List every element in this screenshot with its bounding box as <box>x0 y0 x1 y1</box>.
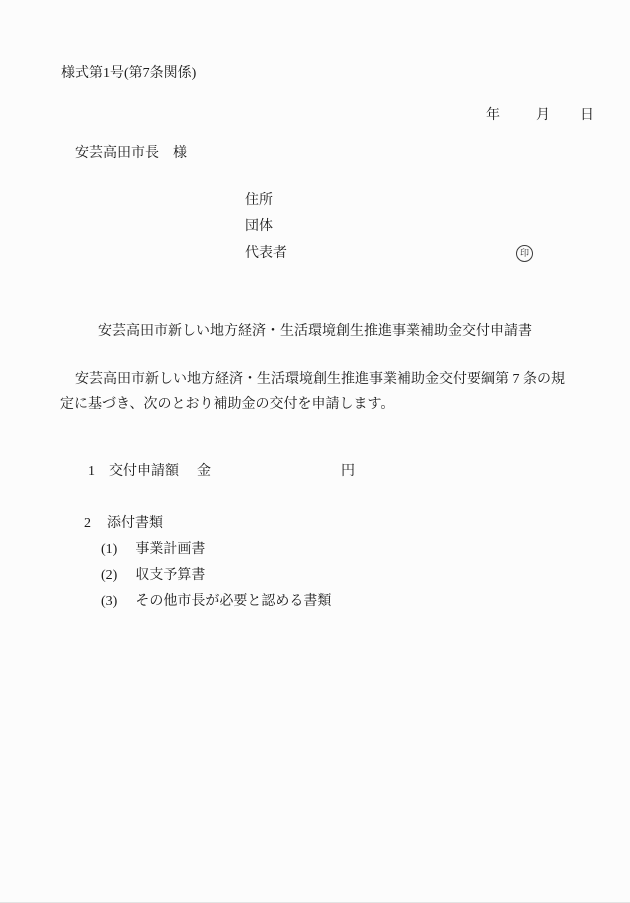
seal-mark-text: 印 <box>520 249 529 258</box>
applicant-representative-label: 代表者 <box>245 246 287 261</box>
currency-prefix: 金 <box>197 464 211 479</box>
attachment-item: (3)その他市長が必要と認める書類 <box>87 579 331 624</box>
form-number: 様式第1号(第7条関係) <box>61 66 196 81</box>
date-month-label: 月 <box>536 108 550 123</box>
date-year-label: 年 <box>486 108 500 123</box>
body-paragraph-line-2: 定に基づき、次のとおり補助金の交付を申請します。 <box>60 397 394 412</box>
document-title: 安芸高田市新しい地方経済・生活環境創生推進事業補助金交付申請書 <box>0 324 630 339</box>
applicant-organization-label: 団体 <box>245 219 273 234</box>
currency-unit: 円 <box>341 464 355 479</box>
addressee: 安芸高田市長 様 <box>75 146 187 161</box>
date-day-label: 日 <box>580 108 594 123</box>
seal-mark-icon: 印 <box>516 245 533 262</box>
body-paragraph-line-1: 安芸高田市新しい地方経済・生活環境創生推進事業補助金交付要綱第 7 条の規 <box>75 372 565 387</box>
item-application-amount: 1交付申請額金円 <box>74 449 355 494</box>
attachment-3-number: (3) <box>101 594 117 609</box>
attachment-3-label: その他市長が必要と認める書類 <box>135 594 331 609</box>
applicant-address-label: 住所 <box>245 193 273 208</box>
item-1-label: 交付申請額 <box>109 464 179 479</box>
date-line: 年月日 <box>472 93 594 138</box>
item-1-number: 1 <box>88 464 95 479</box>
application-form-page: 様式第1号(第7条関係) 年月日 安芸高田市長 様 住所 団体 代表者 印 安芸… <box>0 0 630 903</box>
